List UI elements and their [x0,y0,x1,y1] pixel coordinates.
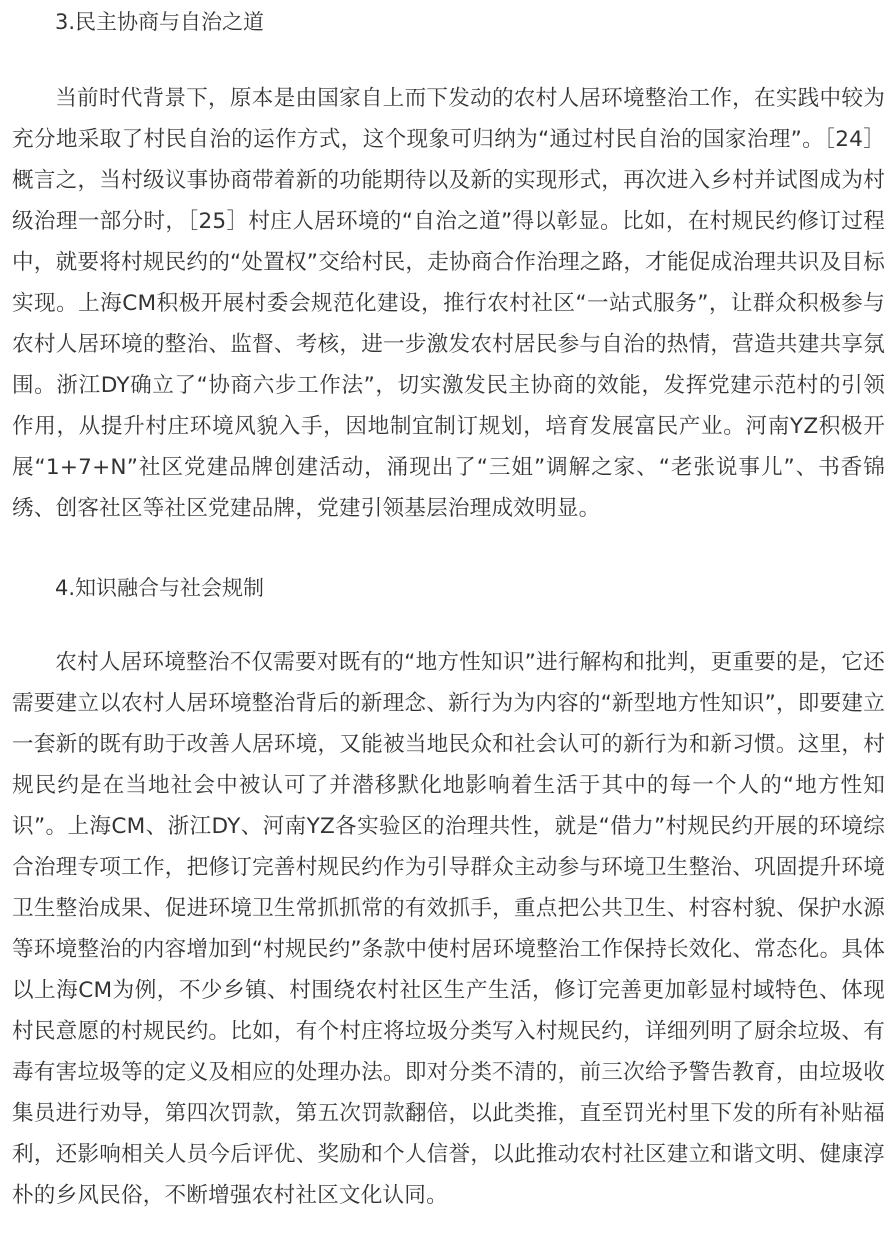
section-heading-knowledge-integration: 4.知识融合与社会规制 [12,568,885,609]
section-paragraph-democratic-consultation: 当前时代背景下，原本是由国家自上而下发动的农村人居环境整治工作，在实践中较为充分… [12,78,885,529]
section-paragraph-knowledge-integration: 农村人居环境整治不仅需要对既有的“地方性知识”进行解构和批判，更重要的是，它还需… [12,642,885,1216]
article-body: 3.民主协商与自治之道 当前时代背景下，原本是由国家自上而下发动的农村人居环境整… [0,2,895,1216]
section-heading-democratic-consultation: 3.民主协商与自治之道 [12,2,885,43]
